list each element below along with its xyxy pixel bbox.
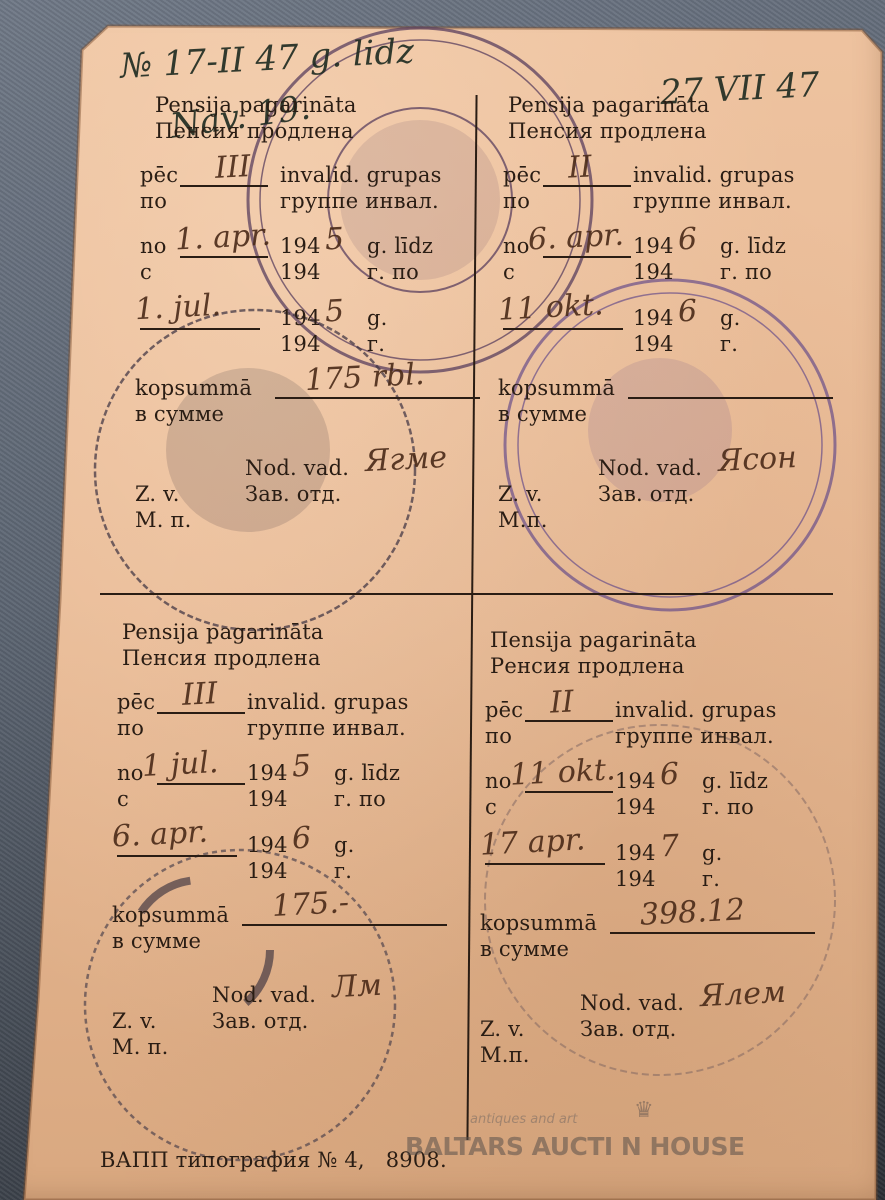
fill-line <box>117 855 237 857</box>
title-lv: Pensija pagarināta <box>508 95 710 116</box>
mp-label: М.п. <box>480 1045 530 1066</box>
signature: Лм <box>331 971 382 1004</box>
from-year-prefix: 194 <box>633 236 674 257</box>
to-value: 11 okt. <box>497 290 604 325</box>
title-ru: Пенсия продлена <box>155 121 354 142</box>
group-label-lv: pēc <box>503 165 541 186</box>
group-suffix-ru: группе инвал. <box>633 191 792 212</box>
to-year-suffix-lv: g. <box>720 308 741 329</box>
group-label-lv: pēc <box>140 165 178 186</box>
title-ru: Пенсия продлена <box>122 648 321 669</box>
from-year-suffix-ru: г. по <box>334 789 386 810</box>
group-label-ru: по <box>485 726 512 747</box>
from-year-digit: 5 <box>291 752 312 783</box>
group-suffix-lv: invalid. grupas <box>633 165 795 186</box>
sum-label-ru: в сумме <box>135 404 224 425</box>
sum-label-lv: kopsummā <box>135 378 252 399</box>
fill-line <box>543 256 631 258</box>
from-label-lv: no <box>503 236 530 257</box>
from-label-ru: c <box>503 262 515 283</box>
to-year-prefix: 194 <box>633 308 674 329</box>
from-year-suffix-lv: g. līdz <box>367 236 433 257</box>
to-year-prefix-ru: 194 <box>633 334 674 355</box>
from-label-lv: no <box>485 771 512 792</box>
group-value: III <box>214 152 251 184</box>
from-year-prefix-ru: 194 <box>280 262 321 283</box>
zv-label: Z. v. <box>480 1019 525 1040</box>
printer-line: ВАПП типография № 4, 8908. <box>100 1150 447 1171</box>
sum-label-ru: в сумме <box>480 939 569 960</box>
from-year-prefix-ru: 194 <box>633 262 674 283</box>
to-year-suffix-ru: г. <box>702 869 720 890</box>
group-label-ru: по <box>117 718 144 739</box>
group-suffix-lv: invalid. grupas <box>615 700 777 721</box>
from-label-ru: c <box>117 789 129 810</box>
from-year-suffix-lv: g. līdz <box>334 763 400 784</box>
group-label-ru: по <box>503 191 530 212</box>
fill-line <box>157 783 245 785</box>
to-year-suffix-lv: g. <box>334 835 355 856</box>
head-label-lv: Nod. vad. <box>580 993 684 1014</box>
head-label-ru: Зав. отд. <box>580 1019 676 1040</box>
from-year-digit: 6 <box>677 225 698 256</box>
from-year-prefix: 194 <box>247 763 288 784</box>
sum-label-lv: kopsummā <box>480 913 597 934</box>
to-year-prefix-ru: 194 <box>247 861 288 882</box>
zv-label: Z. v. <box>135 484 180 505</box>
fill-line <box>543 185 631 187</box>
to-year-prefix-ru: 194 <box>615 869 656 890</box>
zv-label: Z. v. <box>112 1011 157 1032</box>
sum-value: 398.12 <box>639 895 745 930</box>
head-label-lv: Nod. vad. <box>212 985 316 1006</box>
from-label-ru: c <box>485 797 497 818</box>
to-year-suffix-ru: г. <box>334 861 352 882</box>
crown-icon: ♛ <box>634 1100 660 1120</box>
from-year-prefix-ru: 194 <box>615 797 656 818</box>
to-value: 6. apr. <box>111 818 208 853</box>
horizontal-divider <box>100 593 480 595</box>
from-year-suffix-ru: г. по <box>702 797 754 818</box>
horizontal-divider-right <box>478 593 833 595</box>
head-label-ru: Зав. отд. <box>212 1011 308 1032</box>
zv-label: Z. v. <box>498 484 543 505</box>
to-year-prefix: 194 <box>280 308 321 329</box>
to-year-digit: 5 <box>324 297 345 328</box>
printer-name: ВАПП типография № 4, <box>100 1148 365 1172</box>
to-year-prefix: 194 <box>247 835 288 856</box>
fill-line <box>503 328 623 330</box>
group-value: III <box>181 679 218 711</box>
group-suffix-lv: invalid. grupas <box>247 692 409 713</box>
sum-value: 175.- <box>271 888 349 922</box>
mp-label: М. п. <box>135 510 192 531</box>
group-suffix-lv: invalid. grupas <box>280 165 442 186</box>
fill-line <box>140 328 260 330</box>
fill-line <box>485 863 605 865</box>
to-year-digit: 6 <box>677 297 698 328</box>
to-year-prefix-ru: 194 <box>280 334 321 355</box>
head-label-ru: Зав. отд. <box>245 484 341 505</box>
signature: Ягме <box>364 443 447 477</box>
group-suffix-ru: группе инвал. <box>247 718 406 739</box>
mp-label: М. п. <box>112 1037 169 1058</box>
to-year-digit: 7 <box>659 832 680 863</box>
watermark-brand: BALTARS AUCTI N HOUSE <box>405 1132 745 1161</box>
title-lv: Пensija pagarināta <box>490 630 697 651</box>
from-value: 6. apr. <box>527 221 624 256</box>
group-label-lv: pēc <box>485 700 523 721</box>
title-lv: Pensija pagarināta <box>122 622 324 643</box>
from-year-prefix: 194 <box>615 771 656 792</box>
to-year-digit: 6 <box>291 824 312 855</box>
from-year-digit: 6 <box>659 760 680 791</box>
from-year-suffix-ru: г. по <box>367 262 419 283</box>
to-value: 17 apr. <box>479 825 586 860</box>
group-value: II <box>549 687 574 718</box>
sum-label-ru: в сумме <box>498 404 587 425</box>
from-value: 11 okt. <box>509 755 616 790</box>
to-year-suffix-lv: g. <box>367 308 388 329</box>
group-suffix-ru: группе инвал. <box>280 191 439 212</box>
from-year-suffix-lv: g. līdz <box>720 236 786 257</box>
group-label-lv: pēc <box>117 692 155 713</box>
mp-label: М.п. <box>498 510 548 531</box>
group-suffix-ru: группе инвал. <box>615 726 774 747</box>
fill-line <box>242 924 447 926</box>
from-year-suffix-ru: г. по <box>720 262 772 283</box>
head-label-lv: Nod. vad. <box>245 458 349 479</box>
sum-label-lv: kopsummā <box>112 905 229 926</box>
to-year-suffix-lv: g. <box>702 843 723 864</box>
sum-label-ru: в сумме <box>112 931 201 952</box>
from-year-suffix-lv: g. līdz <box>702 771 768 792</box>
group-label-ru: по <box>140 191 167 212</box>
fill-line <box>525 720 613 722</box>
title-ru: Пенсия продлена <box>508 121 707 142</box>
to-year-suffix-ru: г. <box>720 334 738 355</box>
to-year-prefix: 194 <box>615 843 656 864</box>
from-label-lv: no <box>117 763 144 784</box>
title-ru: Рeнсия продлена <box>490 656 685 677</box>
to-year-suffix-ru: г. <box>367 334 385 355</box>
signature: Ясон <box>717 443 797 477</box>
group-value: II <box>567 152 592 183</box>
from-label-lv: no <box>140 236 167 257</box>
from-value: 1 jul. <box>141 748 219 782</box>
watermark-tagline: antiques and art <box>470 1112 577 1127</box>
head-label-ru: Зав. отд. <box>598 484 694 505</box>
sum-value: 175 rbl. <box>304 360 425 396</box>
title-lv: Pensija pagarināta <box>155 95 357 116</box>
fill-line <box>628 397 833 399</box>
fill-line <box>157 712 245 714</box>
signature: Ялем <box>699 978 786 1012</box>
from-year-digit: 5 <box>324 225 345 256</box>
from-year-prefix: 194 <box>280 236 321 257</box>
from-year-prefix-ru: 194 <box>247 789 288 810</box>
sum-label-lv: kopsummā <box>498 378 615 399</box>
to-value: 1. jul. <box>134 291 221 325</box>
head-label-lv: Nod. vad. <box>598 458 702 479</box>
from-value: 1. apr. <box>174 221 271 256</box>
from-label-ru: c <box>140 262 152 283</box>
